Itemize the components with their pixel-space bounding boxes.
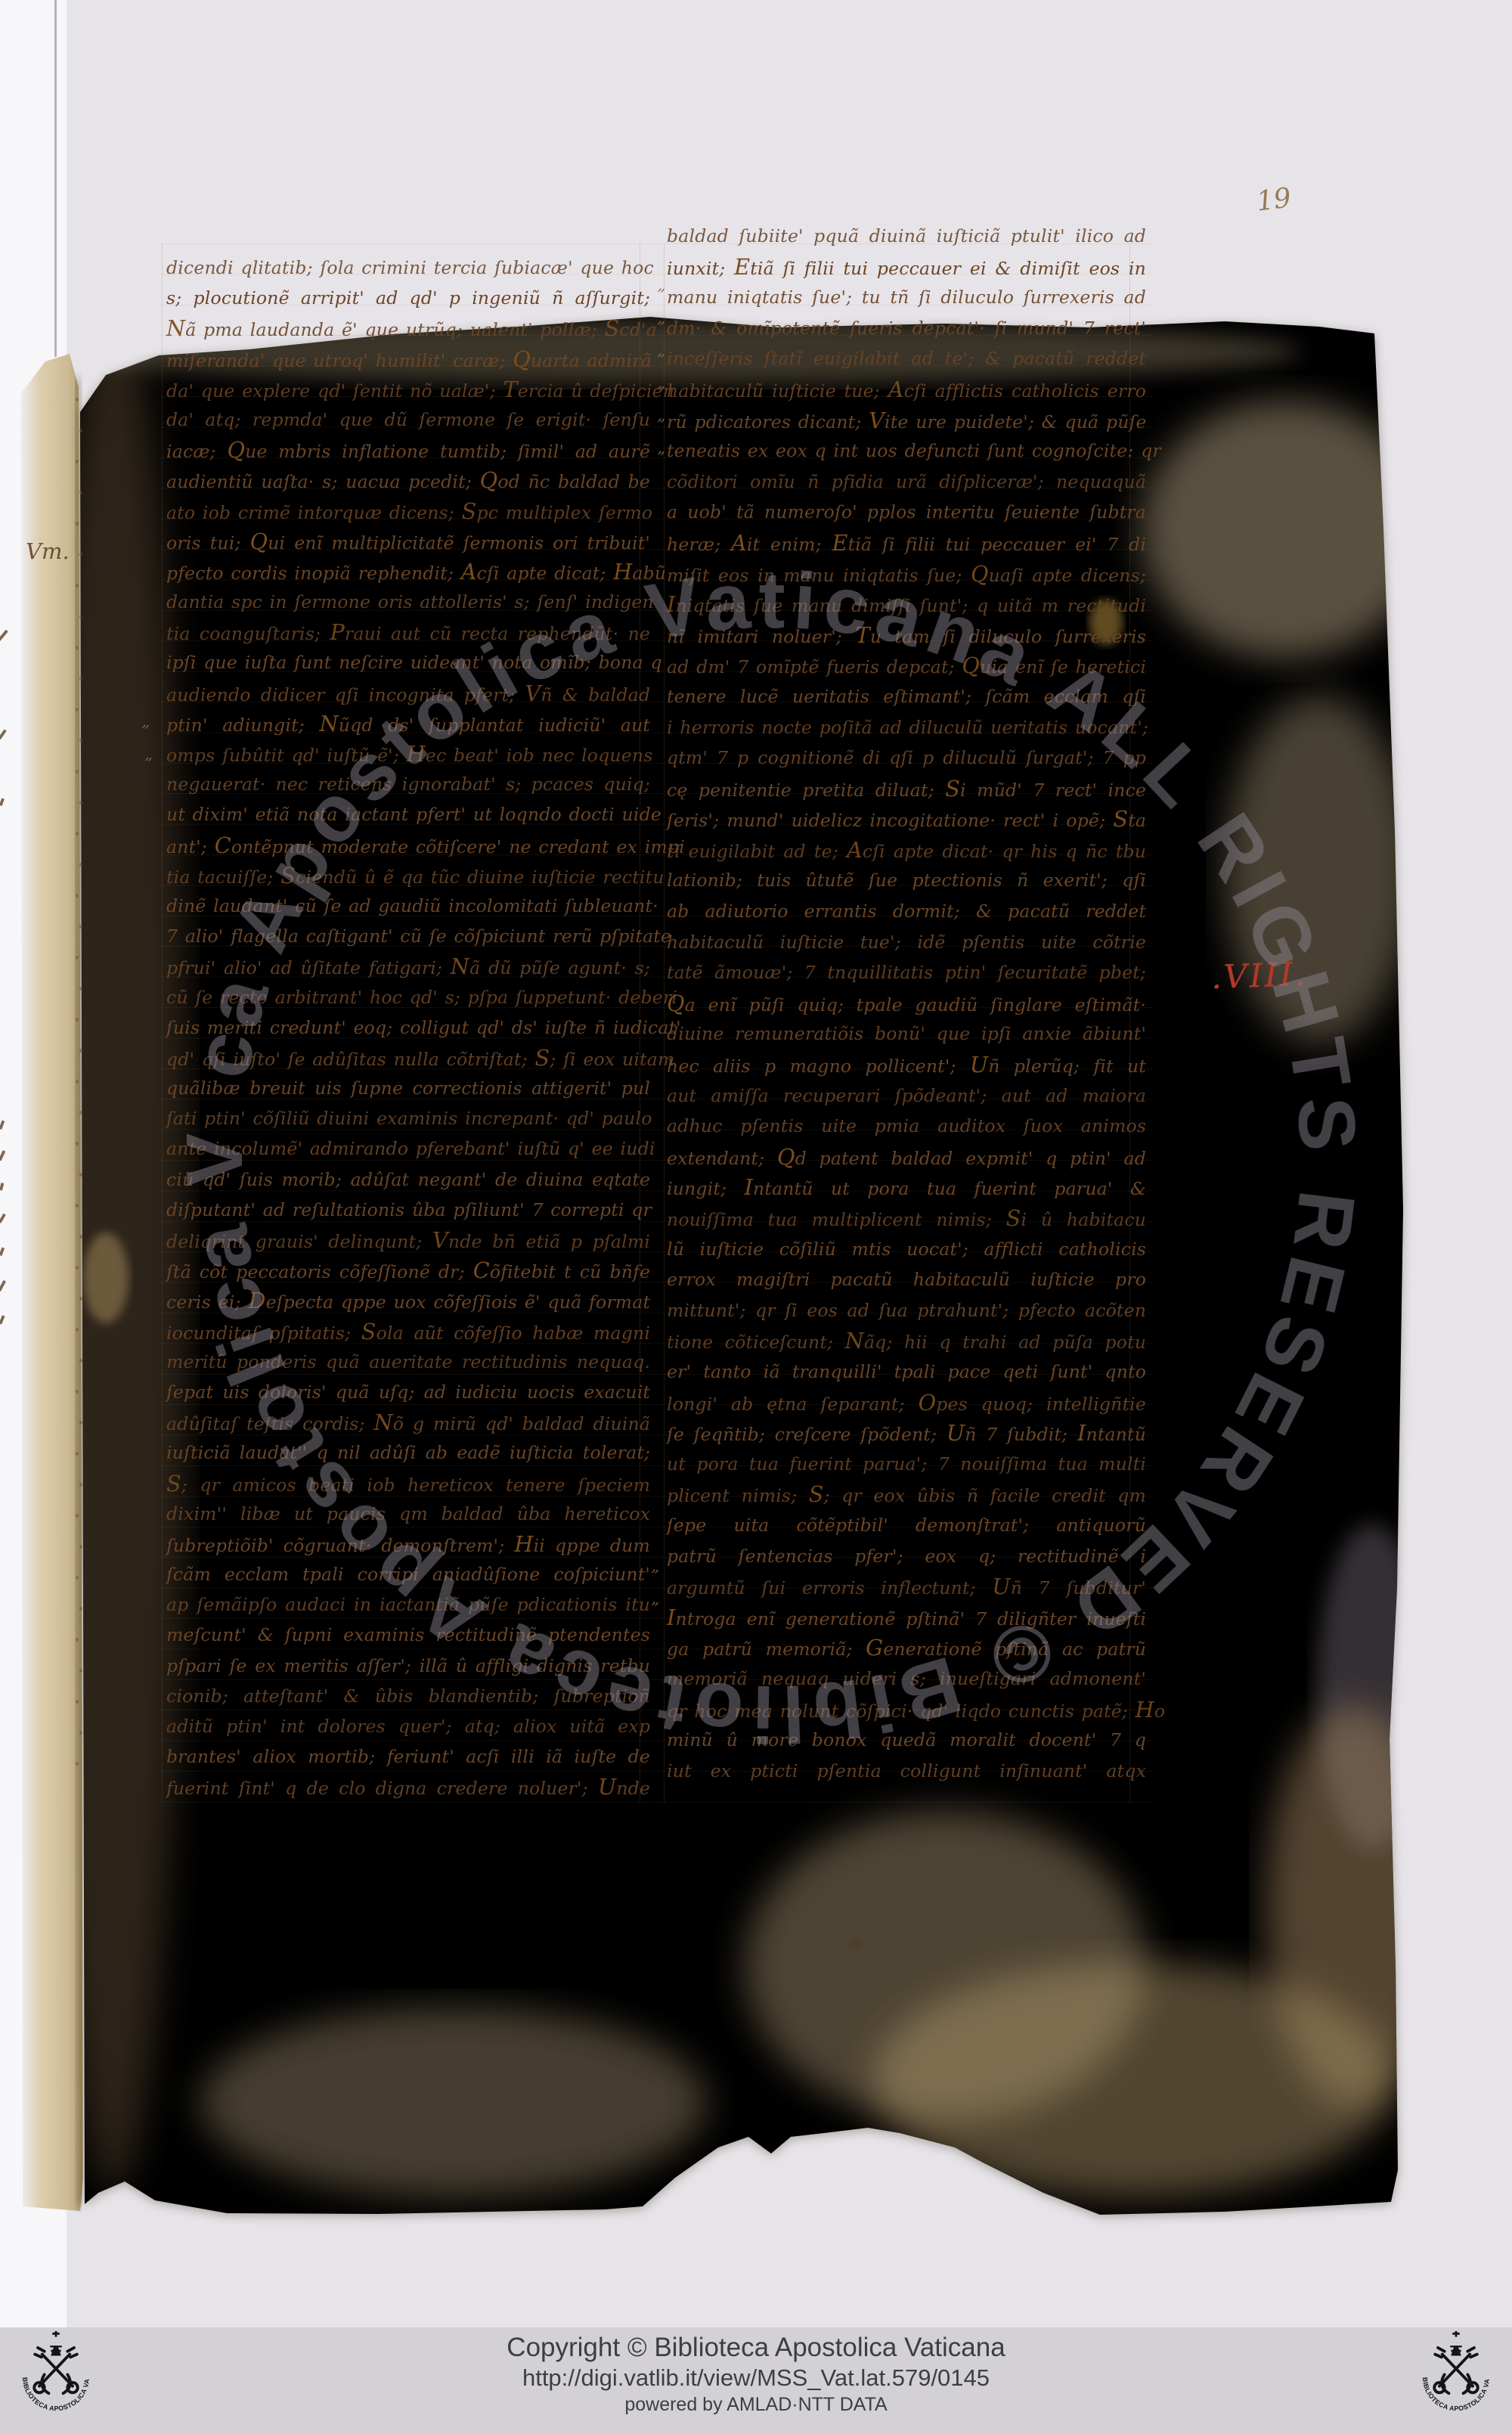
vatican-library-logo-right: BIBLIOTECA APOSTOLICA VATICANA — [1420, 2330, 1492, 2432]
footer-copyright: Copyright © Biblioteca Apostolica Vatica… — [0, 2332, 1512, 2364]
svg-text:ca Apostolica Vaticana ALL R: ca Apostolica Vaticana ALL RIGHTS RESERV… — [0, 0, 1373, 1758]
footer-bar: BIBLIOTECA APOSTOLICA VATICANA Copyright… — [0, 2327, 1512, 2434]
footer-url: http://digi.vatlib.it/view/MSS_Vat.lat.5… — [0, 2364, 1512, 2392]
papal-tiara-icon — [1450, 2331, 1461, 2356]
scan-canvas: ”””””””””” dicendi qlitatib; ſola crimin… — [0, 0, 1512, 2434]
copyright-watermark: ca Apostolica Vaticana ALL RIGHTS RESERV… — [0, 0, 1512, 2434]
footer-text: Copyright © Biblioteca Apostolica Vatica… — [0, 2332, 1512, 2417]
footer-powered-by: powered by AMLAD·NTT DATA — [0, 2392, 1512, 2417]
